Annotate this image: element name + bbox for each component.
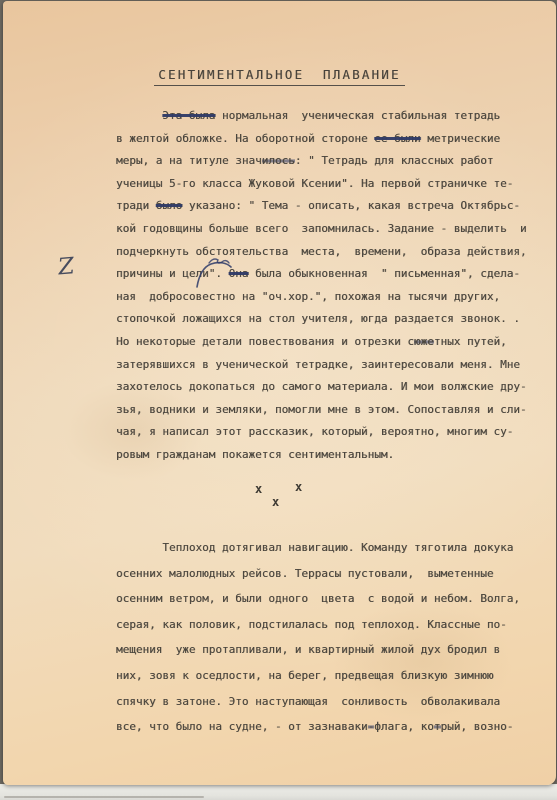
typed-text: : " Тетрадь для классных работ — [295, 154, 494, 167]
typed-text: тради — [116, 199, 156, 212]
document-title-wrap: СЕНТИМЕНТАЛЬНОЕ ПЛАВАНИЕ — [3, 64, 556, 86]
handwritten-margin-z-mark: Z — [57, 253, 75, 280]
pen-struck-text: было — [156, 199, 183, 212]
typed-line: стопочкой ложащихся на стол учителя, югд… — [116, 308, 538, 331]
typed-line: ученицы 5-го класса Жуковой Ксении". На … — [116, 173, 538, 196]
typed-line: мещения уже протапливали, и квартирный ж… — [116, 637, 538, 663]
typed-line: серая, как половик, подстилалась под теп… — [116, 612, 538, 638]
typescript-paper: СЕНТИМЕНТАЛЬНОЕ ПЛАВАНИЕ Эта была нормал… — [3, 1, 556, 785]
typed-text: подчеркнуть обстоятельства места, времен… — [116, 245, 527, 258]
separator-x-right: х — [295, 480, 302, 494]
typed-text: серая, как половик, подстилалась под теп… — [116, 618, 507, 631]
handwritten-insertion-mark — [193, 255, 245, 291]
typed-line: ровым гражданам покажется сентиментальны… — [116, 444, 538, 467]
pen-corrected-text: илось — [262, 154, 295, 167]
typed-line: меры, а на титуле значилось: " Тетрадь д… — [116, 150, 538, 173]
pen-struck-text: ее были — [374, 132, 420, 145]
typed-text: была обыкновенная " письменная", сдела- — [248, 267, 520, 280]
typed-line: осенних малолюдных рейсов. Террасы пусто… — [116, 561, 538, 587]
paragraph-introduction: Эта была нормальная ученическая стабильн… — [116, 105, 538, 467]
typed-line: тради было указано: " Тема - описать, ка… — [116, 195, 538, 218]
typed-text: осенних малолюдных рейсов. Террасы пусто… — [116, 567, 494, 580]
typed-text: все, что было на судне, - от зазнаваки — [116, 720, 368, 733]
typed-line: в желтой обложке. На оборотной стороне е… — [116, 128, 538, 151]
typed-line: Но некоторые детали повествования и отре… — [116, 331, 538, 354]
typed-line: зья, водники и земляки, помогли мне в эт… — [116, 399, 538, 422]
typed-line: все, что было на судне, - от зазнаваки-ф… — [116, 714, 538, 740]
typed-line: них, зовя к оседлости, на берег, предвещ… — [116, 663, 538, 689]
typed-line: осенним ветром, и были одного цвета с во… — [116, 586, 538, 612]
typed-text: стопочкой ложащихся на стол учителя, югд… — [116, 312, 520, 325]
typed-line: Теплоход дотягивал навигацию. Команду тя… — [116, 535, 538, 561]
typed-text: нормальная ученическая стабильная тетрад… — [215, 109, 500, 122]
typed-line: затерявшихся в ученической тетрадке, заи… — [116, 354, 538, 377]
typed-text: флага, ко — [374, 720, 434, 733]
typed-text: ученицы 5-го класса Жуковой Ксении". На … — [116, 177, 513, 190]
typed-text: тных путей, — [434, 335, 507, 348]
typed-line: кой годовщины больше всего запомнилась. … — [116, 218, 538, 241]
typed-text: меры, а на титуле знач — [116, 154, 262, 167]
scanner-background-strip — [0, 784, 557, 800]
document-title: СЕНТИМЕНТАЛЬНОЕ ПЛАВАНИЕ — [154, 67, 404, 86]
typed-text: зья, водники и земляки, помогли мне в эт… — [116, 403, 527, 416]
separator-x-bottom: х — [272, 495, 279, 509]
typed-text: ная добросовестно на "оч.хор.", похожая … — [116, 290, 500, 303]
pen-struck-text: Эта была — [162, 109, 215, 122]
typed-line: причины и цели". Она была обыкновенная "… — [116, 263, 538, 286]
typed-line: ная добросовестно на "оч.хор.", похожая … — [116, 286, 538, 309]
pen-corrected-text: юже — [414, 335, 434, 348]
typed-text: затерявшихся в ученической тетрадке, заи… — [116, 358, 520, 371]
typed-text: них, зовя к оседлости, на берег, предвещ… — [116, 669, 494, 682]
typed-text: захотелось докопаться до самого материал… — [116, 380, 527, 393]
typed-text: ровым гражданам покажется сентиментальны… — [116, 448, 394, 461]
typed-line: чая, я написал этот рассказик, который, … — [116, 421, 538, 444]
typed-text: кой годовщины больше всего запомнилась. … — [116, 222, 527, 235]
typed-text: мещения уже протапливали, и квартирный ж… — [116, 643, 500, 656]
typed-line: подчеркнуть обстоятельства места, времен… — [116, 241, 538, 264]
typed-text: метрические — [421, 132, 500, 145]
typed-text: чая, я написал этот рассказик, который, … — [116, 425, 513, 438]
typed-line: Эта была нормальная ученическая стабильн… — [116, 105, 538, 128]
typed-text: рый, возно- — [441, 720, 514, 733]
pen-corrected-text: т — [434, 720, 441, 733]
typed-text: в желтой обложке. На оборотной стороне — [116, 132, 374, 145]
typed-text: Но некоторые детали повествования и отре… — [116, 335, 414, 348]
typed-line: спячку в затоне. Это наступающая сонливо… — [116, 689, 538, 715]
scanned-typescript-page: { "page": { "title": "СЕНТИМЕНТАЛЬНОЕ ПЛ… — [0, 0, 557, 800]
typed-text: спячку в затоне. Это наступающая сонливо… — [116, 695, 500, 708]
typed-text: осенним ветром, и были одного цвета с во… — [116, 592, 520, 605]
typed-text: Теплоход дотягивал навигацию. Команду тя… — [116, 541, 513, 554]
typed-text: указано: " Тема - описать, какая встреча… — [182, 199, 520, 212]
paragraph-narrative: Теплоход дотягивал навигацию. Команду тя… — [116, 535, 538, 740]
typed-text — [116, 109, 162, 122]
typed-line: захотелось докопаться до самого материал… — [116, 376, 538, 399]
separator-x-left: х — [255, 482, 262, 496]
scan-shadow-line — [4, 796, 204, 798]
